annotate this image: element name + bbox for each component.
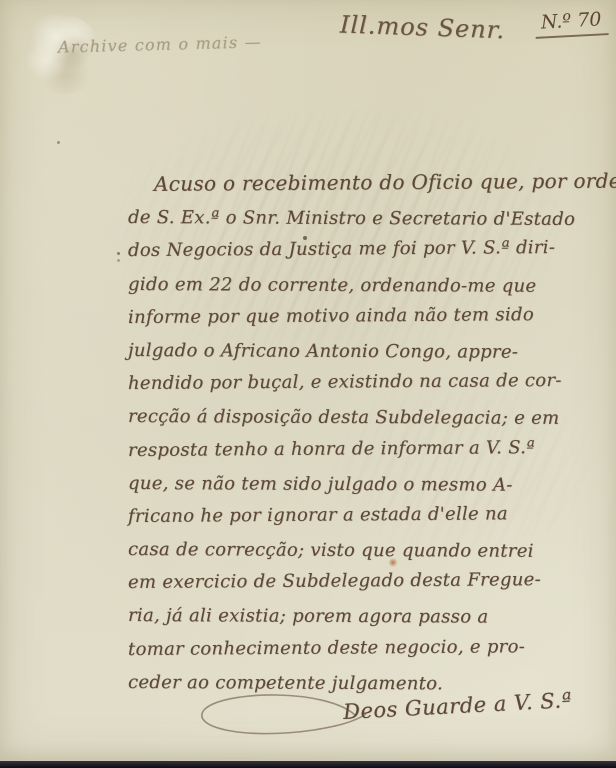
body-line: fricano he por ignorar a estada d'elle n…: [128, 497, 568, 533]
body-line: Acuso o recebimento do Oficio que, por o…: [128, 165, 568, 201]
body-line: tomar conhecimento deste negocio, e pro-: [128, 630, 568, 666]
letter-body: Acuso o recebimento do Oficio que, por o…: [128, 168, 568, 699]
rust-stain: [388, 558, 398, 567]
ink-speck: [117, 252, 120, 255]
letter-page: Archive com o mais — Ill.mos Senr. N.º 7…: [0, 0, 616, 761]
body-line: resposta tenho a honra de informar a V. …: [128, 430, 568, 466]
document-number: N.º 70: [535, 8, 609, 39]
body-line: informe por que motivo ainda não tem sid…: [128, 298, 568, 334]
body-line: em exercicio de Subdelegado desta Fregue…: [128, 563, 568, 599]
ink-speck: [57, 141, 60, 144]
body-line: dos Negocios da Justiça me foi por V. S.…: [128, 231, 568, 267]
document-number-text: N.º 70: [535, 8, 609, 39]
body-line: hendido por buçal, e existindo na casa d…: [128, 364, 568, 400]
ink-speck: [303, 236, 307, 240]
salutation: Ill.mos Senr.: [340, 11, 541, 46]
body-line: ria, já ali existia; porem agora passo a: [128, 599, 568, 634]
archival-note: Archive com o mais —: [58, 30, 338, 56]
scan-edge: [0, 761, 616, 768]
pen-flourish-icon: [188, 686, 368, 744]
document-scan: Archive com o mais — Ill.mos Senr. N.º 7…: [0, 0, 616, 768]
body-line: recção á disposição desta Subdelegacia; …: [128, 400, 568, 435]
